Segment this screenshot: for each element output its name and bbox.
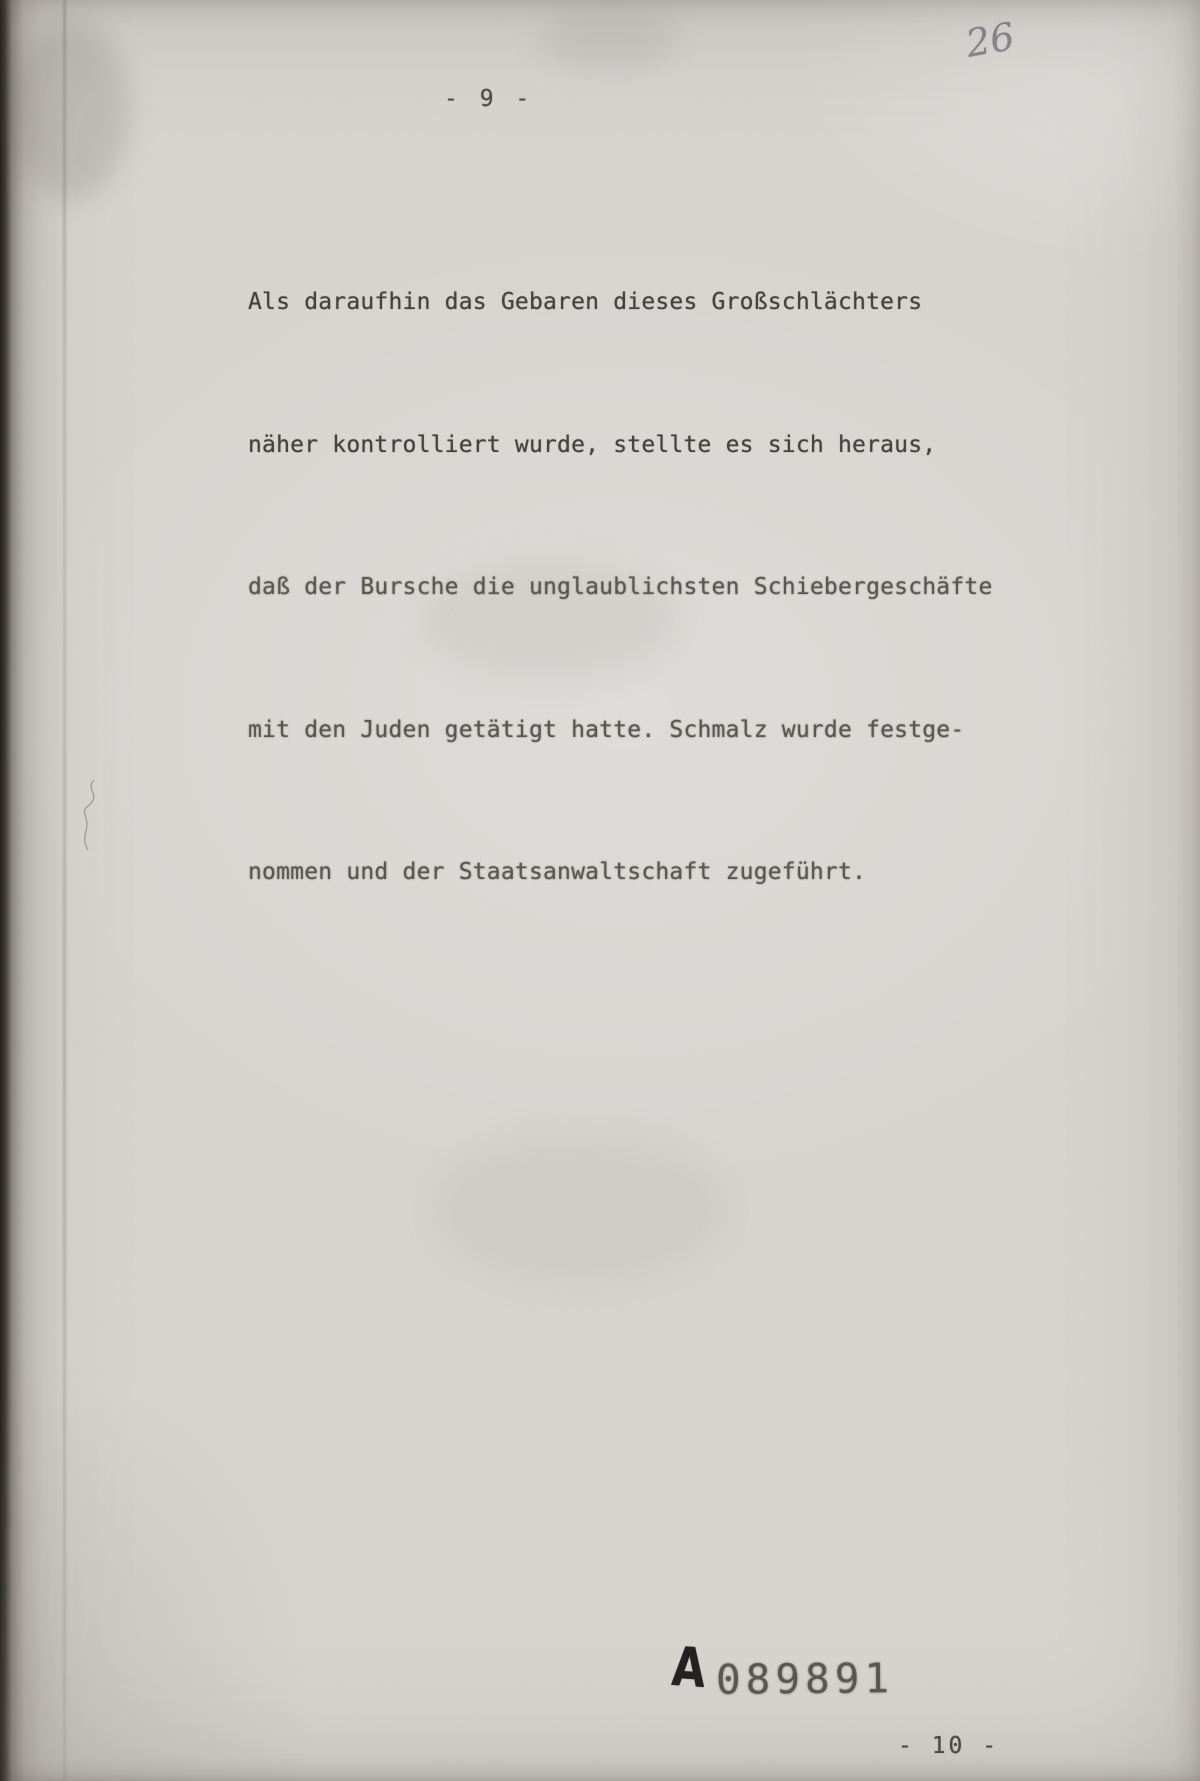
paragraph-line: nommen und der Staatsanwaltschaft zugefü…: [248, 849, 993, 897]
scanned-document-page: - 9 - 26 Als daraufhin das Gebaren diese…: [0, 0, 1200, 1781]
stamp-letter: A: [670, 1635, 708, 1700]
paragraph-line: näher kontrolliert wurde, stellte es sic…: [248, 422, 993, 470]
paper-stain: [10, 20, 130, 200]
paragraph-line: mit den Juden getätigt hatte. Schmalz wu…: [248, 707, 993, 755]
paper-stain: [430, 1130, 730, 1290]
paragraph-line: daß der Bursche die unglaublichsten Schi…: [248, 564, 993, 612]
page-number-bottom: - 10 -: [898, 1733, 999, 1759]
handwritten-folio-number: 26: [963, 14, 1018, 66]
page-number-top: - 9 -: [444, 86, 533, 112]
page-fold-line: [63, 0, 66, 1781]
pencil-squiggle-mark: [72, 778, 132, 858]
paragraph-line: Als daraufhin das Gebaren dieses Großsch…: [248, 279, 993, 327]
typewritten-paragraph: Als daraufhin das Gebaren dieses Großsch…: [248, 184, 993, 992]
paper-stain: [540, 10, 680, 70]
stamp-serial-number: 089891: [716, 1654, 895, 1704]
